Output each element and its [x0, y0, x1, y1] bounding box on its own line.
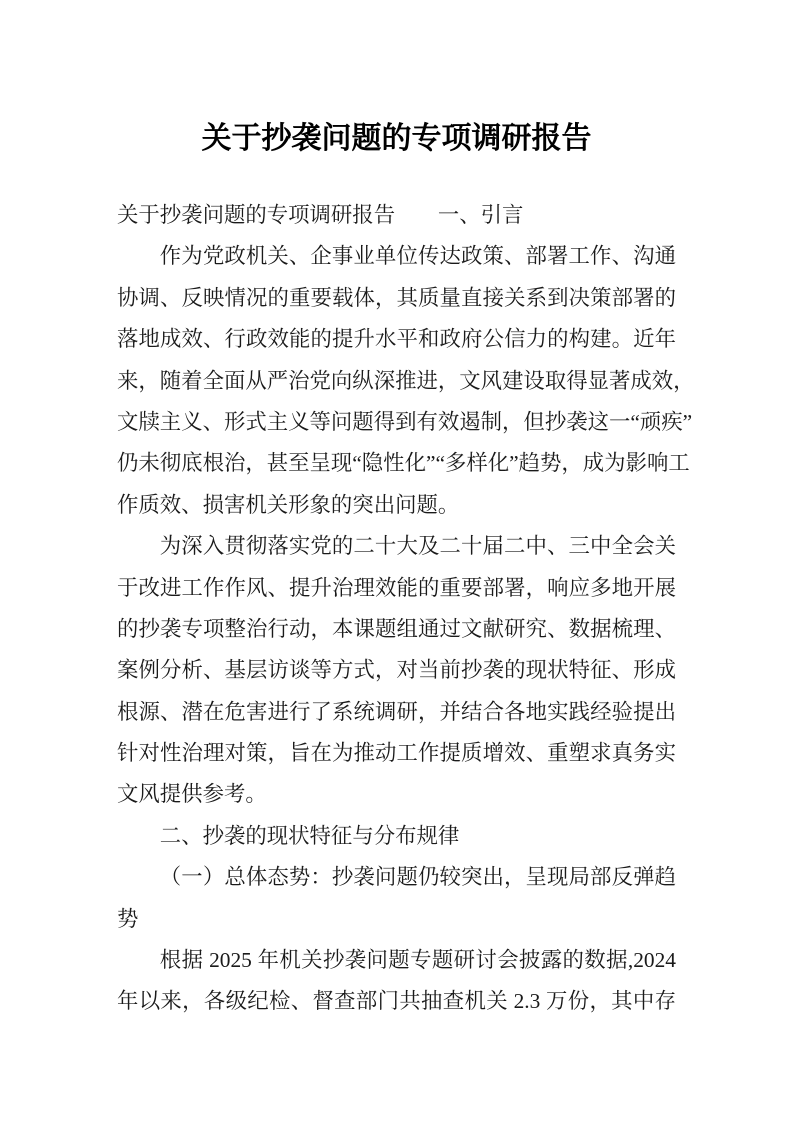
paragraph: 根据 2025 年机关抄袭问题专题研讨会披露的数据,2024年以来，各级纪检、督… — [117, 940, 676, 1023]
text-line: 于改进工作作风、提升治理效能的重要部署，响应多地开展 — [117, 568, 676, 609]
text-line: 为深入贯彻落实党的二十大及二十届二中、三中全会关 — [117, 526, 676, 567]
text-line: 文风提供参考。 — [117, 774, 676, 815]
document-title: 关于抄袭问题的专项调研报告 — [117, 115, 676, 163]
text-line: （一）总体态势：抄袭问题仍较突出，呈现局部反弹趋 — [117, 857, 676, 898]
text-line: 案例分析、基层访谈等方式，对当前抄袭的现状特征、形成 — [117, 650, 676, 691]
text-line: 作为党政机关、企事业单位传达政策、部署工作、沟通 — [117, 236, 676, 277]
paragraph: 二、抄袭的现状特征与分布规律 — [117, 816, 676, 857]
text-line: 关于抄袭问题的专项调研报告 一、引言 — [117, 195, 676, 236]
text-line: 的抄袭专项整治行动，本课题组通过文献研究、数据梳理、 — [117, 609, 676, 650]
text-line: 根源、潜在危害进行了系统调研，并结合各地实践经验提出 — [117, 692, 676, 733]
document-page: 关于抄袭问题的专项调研报告 关于抄袭问题的专项调研报告 一、引言作为党政机关、企… — [0, 0, 793, 1122]
text-line: 文牍主义、形式主义等问题得到有效遏制，但抄袭这一“顽疾” — [117, 402, 676, 443]
text-line: 针对性治理对策，旨在为推动工作提质增效、重塑求真务实 — [117, 733, 676, 774]
text-line: 作质效、损害机关形象的突出问题。 — [117, 485, 676, 526]
text-line: 势 — [117, 899, 676, 940]
text-line: 来，随着全面从严治党向纵深推进，文风建设取得显著成效， — [117, 361, 676, 402]
text-line: 年以来，各级纪检、督查部门共抽查机关 2.3 万份，其中存 — [117, 981, 676, 1022]
paragraph: 作为党政机关、企事业单位传达政策、部署工作、沟通协调、反映情况的重要载体，其质量… — [117, 236, 676, 526]
document-body: 关于抄袭问题的专项调研报告 一、引言作为党政机关、企事业单位传达政策、部署工作、… — [117, 195, 676, 1023]
text-line: 仍未彻底根治，甚至呈现“隐性化”“多样化”趋势，成为影响工 — [117, 443, 676, 484]
text-line: 协调、反映情况的重要载体，其质量直接关系到决策部署的 — [117, 278, 676, 319]
paragraph: 关于抄袭问题的专项调研报告 一、引言 — [117, 195, 676, 236]
paragraph: （一）总体态势：抄袭问题仍较突出，呈现局部反弹趋势 — [117, 857, 676, 940]
paragraph: 为深入贯彻落实党的二十大及二十届二中、三中全会关于改进工作作风、提升治理效能的重… — [117, 526, 676, 816]
text-line: 落地成效、行政效能的提升水平和政府公信力的构建。近年 — [117, 319, 676, 360]
text-line: 根据 2025 年机关抄袭问题专题研讨会披露的数据,2024 — [117, 940, 676, 981]
text-line: 二、抄袭的现状特征与分布规律 — [117, 816, 676, 857]
